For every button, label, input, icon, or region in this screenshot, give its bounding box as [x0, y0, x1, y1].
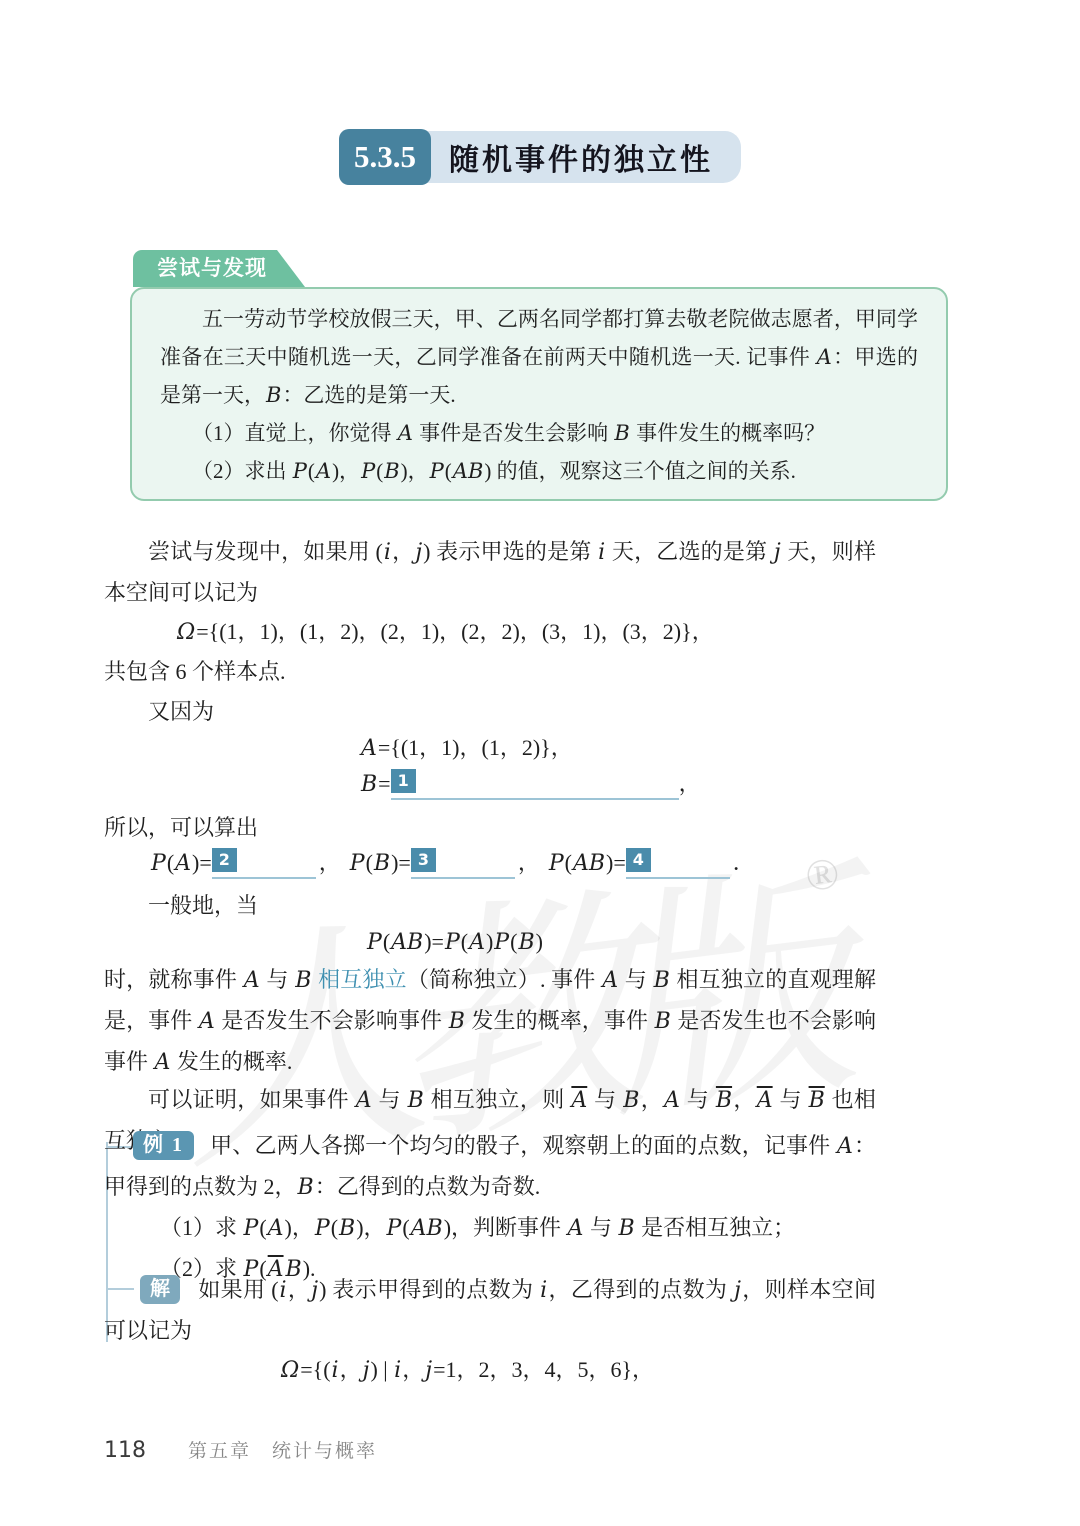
solution-block: 解如果用 (i，j) 表示甲得到的点数为 i，乙得到的点数为 j，则样本空间可以… — [104, 1270, 876, 1351]
chapter-label: 第五章 统计与概率 — [188, 1436, 377, 1463]
fill-separator-3: ． — [730, 850, 763, 875]
answer-blank-1: 1 — [391, 768, 679, 800]
blank-number-4: 4 — [626, 848, 651, 872]
solution-intro-text: 如果用 (i，j) 表示甲得到的点数为 i，乙得到的点数为 j，则样本空间可以记… — [104, 1277, 876, 1343]
example-intro: 例 1甲、乙两人各掷一个均匀的骰子，观察朝上的面的点数，记事件 A：甲得到的点数… — [104, 1126, 876, 1208]
fill-label-pa: P(A)= — [150, 850, 212, 875]
answer-blank-2: 2 — [212, 847, 316, 879]
solution-badge: 解 — [140, 1275, 180, 1304]
probability-blanks-line: P(A)=2，P(B)=3，P(AB)=4． — [150, 843, 763, 884]
example-1-block: 例 1甲、乙两人各掷一个均匀的骰子，观察朝上的面的点数，记事件 A：甲得到的点数… — [104, 1126, 876, 1290]
blank-number-3: 3 — [411, 848, 436, 872]
equation-independence: P(AB)=P(A)P(B) — [366, 922, 543, 963]
event-b-label: B= — [360, 771, 391, 796]
page-footer: 118 第五章 统计与概率 — [104, 1436, 377, 1463]
example-badge: 例 1 — [133, 1131, 194, 1160]
solution-intro: 解如果用 (i，j) 表示甲得到的点数为 i，乙得到的点数为 j，则样本空间可以… — [104, 1270, 876, 1351]
try-question-1: （1）直觉上，你觉得 A 事件是否发生会影响 B 事件发生的概率吗？ — [160, 414, 918, 452]
fill-separator-2: ， — [515, 850, 548, 875]
blank-number-1: 1 — [391, 769, 416, 793]
paragraph-therefore: 所以，可以算出 — [104, 808, 876, 848]
try-question-2: （2）求出 P(A)，P(B)，P(AB) 的值，观察这三个值之间的关系. — [160, 452, 918, 490]
section-number-badge: 5.3.5 — [339, 129, 431, 185]
blank-number-2: 2 — [212, 848, 237, 872]
page-number: 118 — [104, 1438, 146, 1463]
paragraph-six-points: 共包含 6 个样本点. — [104, 652, 876, 692]
try-discover-box: 尝试与发现 五一劳动节学校放假三天，甲、乙两名同学都打算去敬老院做志愿者，甲同学… — [130, 250, 948, 501]
try-discover-body: 五一劳动节学校放假三天，甲、乙两名同学都打算去敬老院做志愿者，甲同学准备在三天中… — [130, 287, 948, 501]
tab-slant-shape — [277, 250, 305, 287]
try-paragraph: 五一劳动节学校放假三天，甲、乙两名同学都打算去敬老院做志愿者，甲同学准备在三天中… — [160, 300, 918, 414]
event-b-tail: ， — [679, 771, 701, 796]
paragraph-generally: 一般地，当 — [104, 886, 920, 926]
equation-event-b: B=1， — [360, 764, 701, 805]
section-title-text: 随机事件的独立性 — [449, 135, 713, 179]
paragraph-definition: 时，就称事件 A 与 B 相互独立（简称独立）. 事件 A 与 B 相互独立的直… — [104, 960, 876, 1083]
solution-equation-omega: Ω={(i，j) | i，j=1，2，3，4，5，6}， — [280, 1350, 654, 1391]
equation-event-a: A={(1，1)，(1，2)}， — [360, 728, 573, 769]
fill-label-pab: P(AB)= — [548, 850, 626, 875]
equation-omega: Ω={(1，1)，(1，2)，(2，1)，(2，2)，(3，1)，(3，2)}， — [176, 612, 714, 653]
example-intro-text: 甲、乙两人各掷一个均匀的骰子，观察朝上的面的点数，记事件 A：甲得到的点数为 2… — [104, 1133, 876, 1199]
section-title: 5.3.5 随机事件的独立性 — [340, 131, 741, 183]
fill-label-pb: P(B)= — [349, 850, 411, 875]
answer-blank-4: 4 — [626, 847, 730, 879]
example-question-1: （1）求 P(A)，P(B)，P(AB)，判断事件 A 与 B 是否相互独立； — [104, 1208, 932, 1249]
paragraph-sample-space: 尝试与发现中，如果用 (i，j) 表示甲选的是第 i 天，乙选的是第 j 天，则… — [104, 532, 876, 613]
paragraph-because: 又因为 — [104, 692, 920, 732]
answer-blank-3: 3 — [411, 847, 515, 879]
try-discover-tab-label: 尝试与发现 — [133, 250, 277, 287]
try-discover-tab: 尝试与发现 — [133, 250, 948, 287]
fill-separator-1: ， — [316, 850, 349, 875]
textbook-page: 人教版® 5.3.5 随机事件的独立性 尝试与发现 五一劳动节学校放假三天，甲、… — [0, 0, 1080, 1526]
